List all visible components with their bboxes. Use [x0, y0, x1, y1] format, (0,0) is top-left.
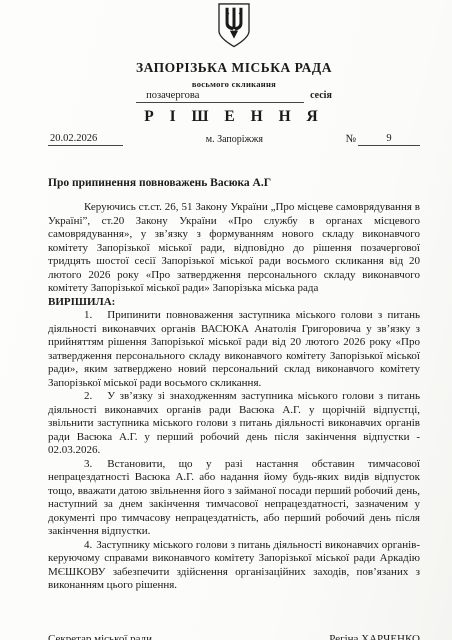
decision-date: 20.02.2026: [48, 133, 123, 146]
decision-item-3: 3.Встановити, що у разі настання обстави…: [48, 458, 420, 539]
session-line: позачерговасесія: [48, 90, 420, 103]
item-number: 3.: [84, 458, 92, 470]
item-text: Встановити, що у разі настання обставин …: [48, 458, 420, 538]
item-text: Припинити повноваження заступника місько…: [48, 309, 420, 389]
item-number: 2.: [84, 390, 92, 402]
council-name: ЗАПОРІЗЬКА МІСЬКА РАДА: [48, 60, 420, 76]
decision-heading: Р І Ш Е Н Н Я: [48, 108, 420, 126]
preamble-paragraph: Керуючись ст.ст. 26, 51 Закону України „…: [48, 201, 420, 296]
signatory-name: Регіна ХАРЧЕНКО: [329, 633, 420, 640]
number-sign: №: [346, 133, 357, 146]
item-number: 1.: [84, 309, 92, 321]
item-text: У зв’язку зі знаходженням заступника міс…: [48, 390, 420, 456]
decision-item-4: 4.Заступнику міського голови з питань ді…: [48, 539, 420, 593]
session-type-fill: позачергова: [136, 90, 304, 103]
decision-title: Про припинення повноважень Васюка А.Г: [48, 177, 420, 189]
decision-number: 9: [358, 133, 420, 146]
meta-row: 20.02.2026 м. Запоріжжя № 9: [48, 133, 420, 146]
item-text: Заступнику міського голови з питань діял…: [48, 539, 420, 592]
trident-emblem-icon: [215, 3, 253, 48]
convocation-label: восьмого скликання: [48, 79, 420, 89]
resolved-label: ВИРІШИЛА:: [48, 296, 420, 310]
decision-number-block: № 9: [346, 133, 421, 146]
document-page: ЗАПОРІЗЬКА МІСЬКА РАДА восьмого скликанн…: [0, 0, 452, 640]
decision-item-1: 1.Припинити повноваження заступника місь…: [48, 309, 420, 390]
decision-city: м. Запоріжжя: [123, 134, 345, 146]
signatory-position: Секретар міської ради: [48, 633, 152, 640]
signature-row: Секретар міської ради Регіна ХАРЧЕНКО: [48, 633, 420, 640]
session-label: сесія: [310, 90, 332, 101]
document-header: ЗАПОРІЗЬКА МІСЬКА РАДА восьмого скликанн…: [48, 2, 420, 126]
item-number: 4.: [84, 539, 92, 551]
decision-item-2: 2.У зв’язку зі знаходженням заступника м…: [48, 390, 420, 458]
